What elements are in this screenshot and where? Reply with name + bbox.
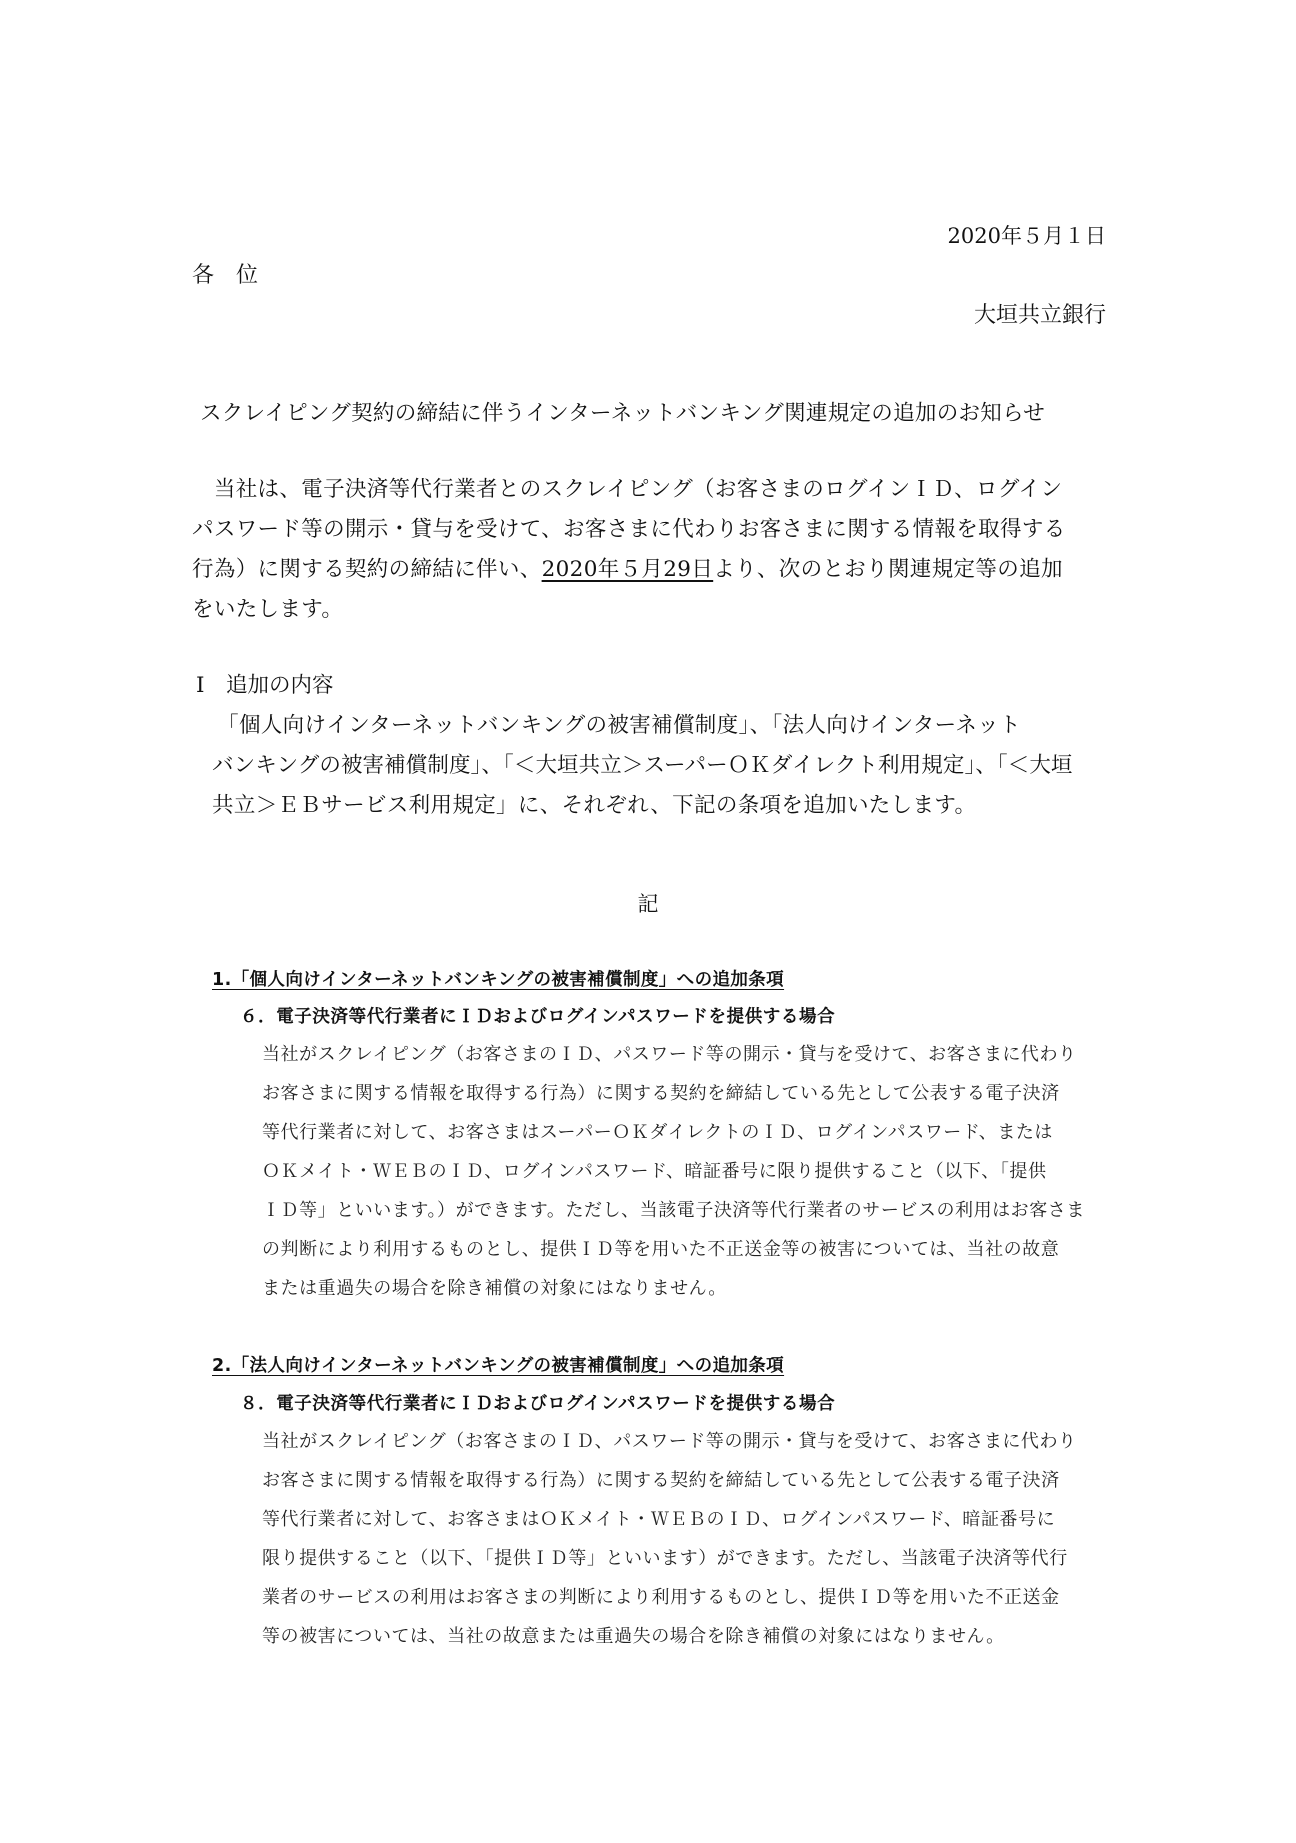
section-line: 「個人向けインターネットバンキングの被害補償制度」、「法人向けインターネット (206, 712, 1021, 740)
clause-line: ＯＫメイト・ＷＥＢのＩＤ、ログインパスワード、暗証番号に限り提供すること（以下、… (262, 1158, 1047, 1186)
section-line: 共立＞ＥＢサービス利用規定」に、それぞれ、下記の条項を追加いたします。 (212, 792, 976, 820)
clause-heading: 2.「法人向けインターネットバンキングの被害補償制度」への追加条項 (212, 1352, 784, 1380)
clause-line: 限り提供すること（以下、「提供ＩＤ等」といいます）ができます。ただし、当該電子決… (262, 1545, 1068, 1573)
clause-line: の判断により利用するものとし、提供ＩＤ等を用いた不正送金等の被害については、当社… (262, 1236, 1059, 1264)
addressee: 各 位 (192, 262, 258, 290)
intro-line: 当社は、電子決済等代行業者とのスクレイピング（お客さまのログインＩＤ、ログイン (192, 476, 1062, 504)
clause-line: 等の被害については、当社の故意または重過失の場合を除き補償の対象にはなりません。 (262, 1623, 1005, 1651)
clause-line: ＩＤ等」といいます。）ができます。ただし、当該電子決済等代行業者のサービスの利用… (262, 1197, 1085, 1225)
clause-line: お客さまに関する情報を取得する行為）に関する契約を締結している先として公表する電… (262, 1467, 1060, 1495)
article-heading: ６．電子決済等代行業者にＩＤおよびログインパスワードを提供する場合 (240, 1003, 835, 1031)
intro-line3-after: より、次のとおり関連規定等の追加 (713, 557, 1063, 582)
clause-line: 業者のサービスの利用はお客さまの判断により利用するものとし、提供ＩＤ等を用いた不… (262, 1584, 1060, 1612)
clause-heading: 1.「個人向けインターネットバンキングの被害補償制度」への追加条項 (212, 966, 784, 994)
intro-line: をいたします。 (192, 596, 343, 624)
intro-line: パスワード等の開示・貸与を受けて、お客さまに代わりお客さまに関する情報を取得する (192, 516, 1066, 544)
ki-marker: 記 (0, 890, 1296, 918)
clause-line: お客さまに関する情報を取得する行為）に関する契約を締結している先として公表する電… (262, 1080, 1060, 1108)
effective-date: 2020年５月29日 (542, 557, 714, 582)
section-line: バンキングの被害補償制度」、「＜大垣共立＞スーパーＯＫダイレクト利用規定」、「＜… (212, 752, 1073, 780)
document-page: 2020年５月１日 各 位 大垣共立銀行 スクレイピング契約の締結に伴うインター… (0, 0, 1296, 1843)
document-title: スクレイピング契約の締結に伴うインターネットバンキング関連規定の追加のお知らせ (200, 400, 1045, 428)
intro-line3-before: 行為）に関する契約の締結に伴い、 (192, 557, 542, 582)
document-date: 2020年５月１日 (948, 222, 1106, 250)
section-heading: Ⅰ 追加の内容 (196, 672, 334, 700)
clause-line: 等代行業者に対して、お客さまはＯＫメイト・ＷＥＢのＩＤ、ログインパスワード、暗証… (262, 1506, 1055, 1534)
clause-line: 当社がスクレイピング（お客さまのＩＤ、パスワード等の開示・貸与を受けて、お客さま… (262, 1428, 1077, 1456)
intro-line: 行為）に関する契約の締結に伴い、2020年５月29日より、次のとおり関連規定等の… (192, 556, 1063, 584)
issuer-name: 大垣共立銀行 (974, 302, 1106, 330)
article-heading: ８．電子決済等代行業者にＩＤおよびログインパスワードを提供する場合 (240, 1390, 835, 1418)
clause-line: 当社がスクレイピング（お客さまのＩＤ、パスワード等の開示・貸与を受けて、お客さま… (262, 1041, 1077, 1069)
clause-line: または重過失の場合を除き補償の対象にはなりません。 (262, 1275, 727, 1303)
clause-line: 等代行業者に対して、お客さまはスーパーＯＫダイレクトのＩＤ、ログインパスワード、… (262, 1119, 1053, 1147)
